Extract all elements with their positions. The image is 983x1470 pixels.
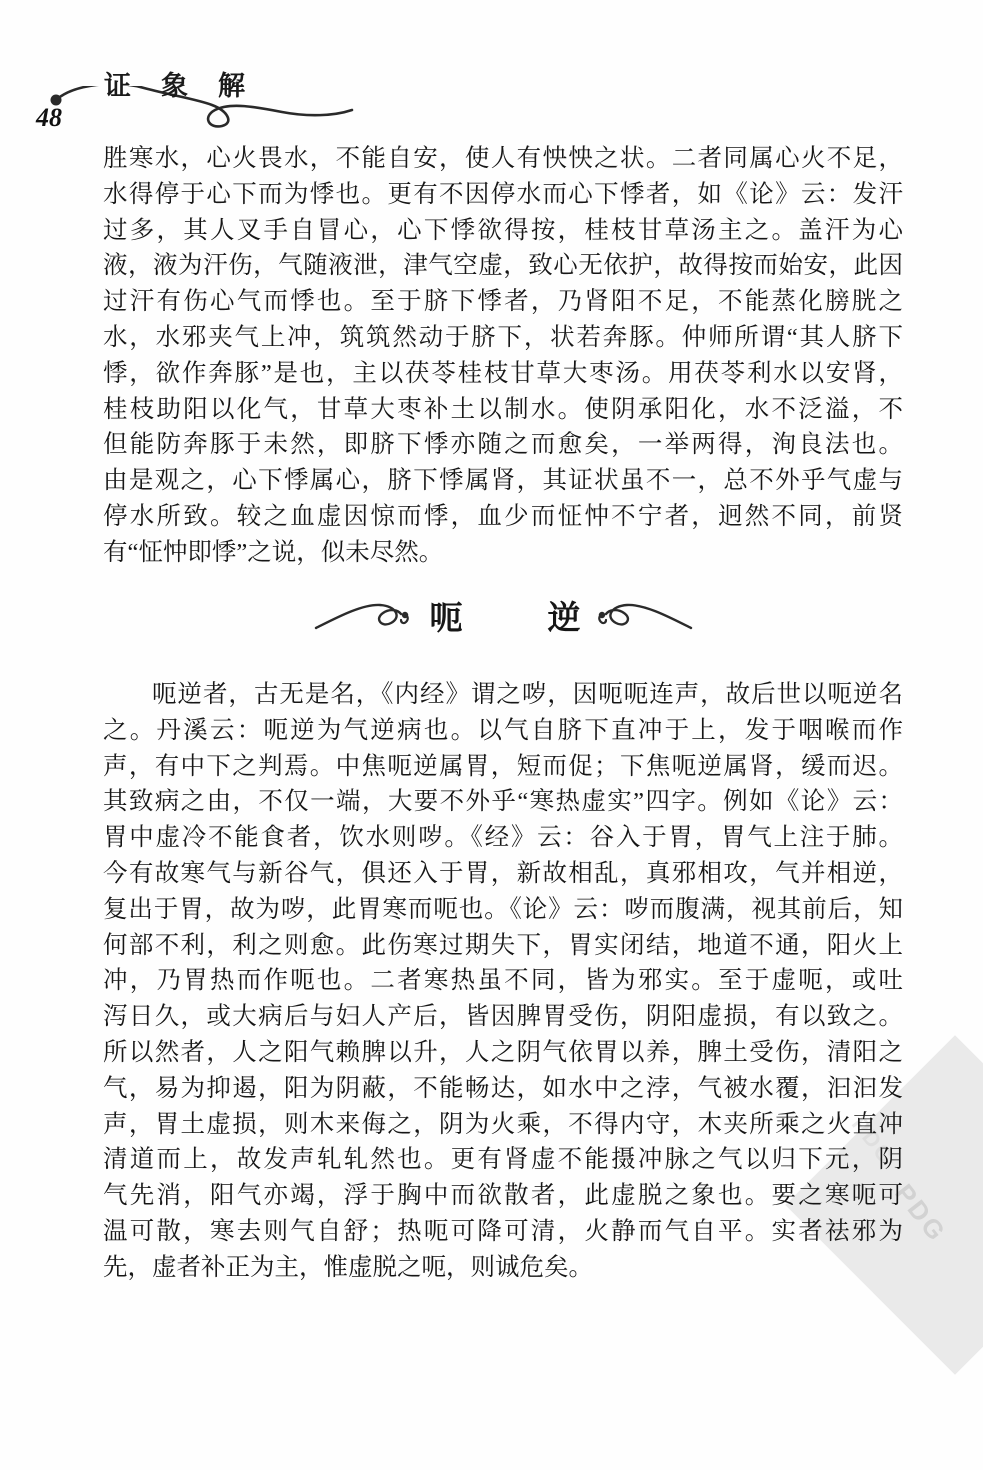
- hiccup-section: 呃逆者，古无是名，《内经》谓之哕，因呃呃连声，故后世以呃逆名 之。丹溪云：呃逆为…: [103, 677, 903, 1286]
- text-line: 先，虚者补正为主，惟虚脱之呃，则诚危矣。: [103, 1250, 903, 1286]
- text-line: 声，胃土虚损，则木来侮之，阴为火乘，不得内守，木夹所乘之火直冲: [103, 1107, 903, 1143]
- palpitation-section: 胜寒水，心火畏水，不能自安，使人有怏怏之状。二者同属心火不足， 水得停于心下而为…: [103, 141, 903, 571]
- book-title: 证象解: [104, 64, 275, 103]
- text-line: 胃中虚冷不能食者，饮水则哕。《经》云：谷入于胃，胃气上注于肺。: [103, 820, 903, 856]
- text-line: 呃逆者，古无是名，《内经》谓之哕，因呃呃连声，故后世以呃逆名: [103, 677, 903, 713]
- flourish-left-icon: [314, 598, 412, 640]
- text-line: 停水所致。较之血虚因惊而悸，血少而怔忡不宁者，迥然不同，前贤: [103, 499, 903, 535]
- text-line: 桂枝助阳以化气，甘草大枣补土以制水。使阴承阳化，水不泛溢，不: [103, 392, 903, 428]
- text-line: 复出于胃，故为哕，此胃寒而呃也。《论》云：哕而腹满，视其前后，知: [103, 892, 903, 928]
- text-line: 何部不利，利之则愈。此伤寒过期失下，胃实闭结，地道不通，阳火上: [103, 928, 903, 964]
- text-line: 今有故寒气与新谷气，俱还入于胃，新故相乱，真邪相攻，气并相逆，: [103, 856, 903, 892]
- text-line: 由是观之，心下悸属心，脐下悸属肾，其证状虽不一，总不外乎气虚与: [103, 463, 903, 499]
- text-line: 泻日久，或大病后与妇人产后，皆因脾胃受伤，阴阳虚损，有以致之。: [103, 999, 903, 1035]
- text-line: 之。丹溪云：呃逆为气逆病也。以气自脐下直冲于上，发于咽喉而作: [103, 713, 903, 749]
- scanned-book-page: PDG PDG 证象解 48 胜寒水，心火畏水，不能自安，使人有怏怏之状。二者同…: [0, 0, 983, 1470]
- text-line: 但能防奔豚于未然，即脐下悸亦随之而愈矣，一举两得，洵良法也。: [103, 427, 903, 463]
- text-line: 过多，其人叉手自冒心，心下悸欲得按，桂枝甘草汤主之。盖汗为心: [103, 213, 903, 249]
- text-line: 有“怔忡即悸”之说，似未尽然。: [103, 535, 903, 571]
- text-line: 温可散，寒去则气自舒；热呃可降可清，火静而气自平。实者祛邪为: [103, 1214, 903, 1250]
- text-line: 水，水邪夹气上冲，筑筑然动于脐下，状若奔豚。仲师所谓“其人脐下: [103, 320, 903, 356]
- text-line: 冲，乃胃热而作呃也。二者寒热虽不同，皆为邪实。至于虚呃，或吐: [103, 963, 903, 999]
- text-line: 清道而上，故发声轧轧然也。更有肾虚不能摄冲脉之气以归下元，阴: [103, 1142, 903, 1178]
- text-line: 所以然者，人之阳气赖脾以升，人之阴气依胃以养，脾土受伤，清阳之: [103, 1035, 903, 1071]
- text-line: 过汗有伤心气而悸也。至于脐下悸者，乃肾阳不足，不能蒸化膀胱之: [103, 284, 903, 320]
- text-line: 其致病之由，不仅一端，大要不外乎“寒热虚实”四字。例如《论》云：: [103, 784, 903, 820]
- text-line: 气，易为抑遏，阳为阴蔽，不能畅达，如水中之浡，气被水覆，汩汩发: [103, 1071, 903, 1107]
- section-heading-hiccup: 呃 逆: [103, 588, 903, 650]
- text-line: 悸，欲作奔豚”是也，主以茯苓桂枝甘草大枣汤。用茯苓利水以安肾，: [103, 356, 903, 392]
- text-line: 声，有中下之判焉。中焦呃逆属胃，短而促；下焦呃逆属肾，缓而迟。: [103, 749, 903, 785]
- flourish-right-icon: [595, 598, 693, 640]
- section-title-char-2: 逆: [548, 603, 581, 636]
- text-line: 胜寒水，心火畏水，不能自安，使人有怏怏之状。二者同属心火不足，: [103, 141, 903, 177]
- text-line: 液，液为汗伤，气随液泄，津气空虚，致心无依护，故得按而始安，此因: [103, 248, 903, 284]
- text-line: 水得停于心下而为悸也。更有不因停水而心下悸者，如《论》云：发汗: [103, 177, 903, 213]
- page-number: 48: [36, 103, 62, 133]
- text-line: 气先消，阳气亦竭，浮于胸中而欲散者，此虚脱之象也。要之寒呃可: [103, 1178, 903, 1214]
- section-title-char-1: 呃: [430, 603, 463, 636]
